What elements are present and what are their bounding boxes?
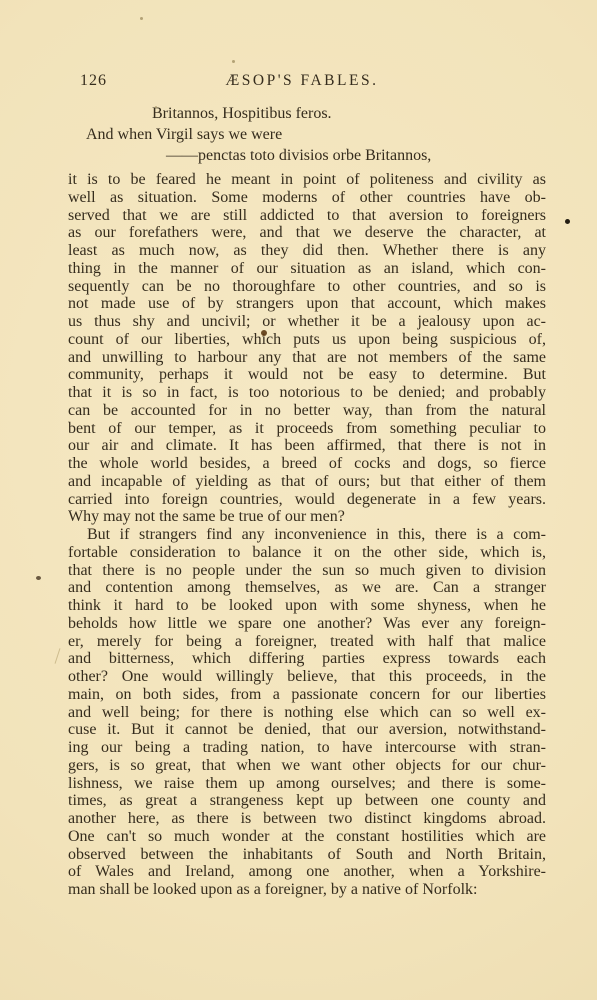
text-line: the whole world besides, a breed of cock… xyxy=(68,455,546,473)
text-line: community, perhaps it would not be easy … xyxy=(68,366,546,384)
text-line: can be accounted for in no better way, t… xyxy=(68,402,546,420)
text-line: it is to be feared he meant in point of … xyxy=(68,171,546,189)
text-line: sequently can be no thoroughfare to othe… xyxy=(68,278,546,296)
body-paragraph: it is to be feared he meant in point of … xyxy=(68,171,546,526)
text-line: gers, is so great, that when we want oth… xyxy=(68,757,546,775)
text-line: observed between the inhabitants of Sout… xyxy=(68,846,546,864)
text-line: bent of our temper, as it proceeds from … xyxy=(68,420,546,438)
text-line: and incapable of yielding as that of our… xyxy=(68,473,546,491)
text-line: another here, as there is between two di… xyxy=(68,810,546,828)
text-line: Why may not the same be true of our men? xyxy=(68,508,546,526)
page-content: 126 ÆSOP'S FABLES. Britannos, Hospitibus… xyxy=(68,0,546,899)
text-line: lishness, we raise them up among ourselv… xyxy=(68,775,546,793)
quote-line: And when Virgil says we were xyxy=(68,124,546,145)
text-line: as our forefathers were, and that we des… xyxy=(68,224,546,242)
quote-line: Britannos, Hospitibus feros. xyxy=(68,103,546,124)
text-line: count of our liberties, which puts us up… xyxy=(68,331,546,349)
verse-quote: Britannos, Hospitibus feros. And when Vi… xyxy=(68,103,546,166)
text-line: other? One would willingly believe, that… xyxy=(68,668,546,686)
paper-scratch xyxy=(55,648,61,664)
text-line: and well being; for there is nothing els… xyxy=(68,704,546,722)
running-header: 126 ÆSOP'S FABLES. xyxy=(68,72,546,91)
text-line: least as much now, as they did then. Whe… xyxy=(68,242,546,260)
text-line: ing our being a trading nation, to have … xyxy=(68,739,546,757)
text-line: us thus shy and uncivil; or whether it b… xyxy=(68,313,546,331)
text-line: of Wales and Ireland, among one another,… xyxy=(68,863,546,881)
ink-speck xyxy=(565,219,570,224)
text-line: well as situation. Some moderns of other… xyxy=(68,189,546,207)
text-line: not made use of by strangers upon that a… xyxy=(68,295,546,313)
ink-speck xyxy=(36,576,41,580)
scanned-book-page: 126 ÆSOP'S FABLES. Britannos, Hospitibus… xyxy=(0,0,597,1000)
text-line: thing in the manner of our situation as … xyxy=(68,260,546,278)
text-line: served that we are still addicted to tha… xyxy=(68,207,546,225)
text-line: and bitterness, which differing parties … xyxy=(68,650,546,668)
text-line: and unwilling to harbour any that are no… xyxy=(68,349,546,367)
text-line: man shall be looked upon as a foreigner,… xyxy=(68,881,546,899)
text-line: that there is no people under the sun so… xyxy=(68,562,546,580)
text-line: main, on both sides, from a passionate c… xyxy=(68,686,546,704)
page-number: 126 xyxy=(80,72,107,90)
text-line: and contention among themselves, as we a… xyxy=(68,579,546,597)
text-line: times, as great a strangeness kept up be… xyxy=(68,792,546,810)
text-line: our air and climate. It has been affirme… xyxy=(68,437,546,455)
text-line: fortable consideration to balance it on … xyxy=(68,544,546,562)
text-line: think it hard to be looked upon with som… xyxy=(68,597,546,615)
text-line: But if strangers find any inconvenience … xyxy=(68,526,546,544)
text-line: cuse it. But it cannot be denied, that o… xyxy=(68,721,546,739)
quote-line: ——penctas toto divisios orbe Britannos, xyxy=(68,145,546,166)
text-line: carried into foreign countries, would de… xyxy=(68,491,546,509)
body-paragraph: But if strangers find any inconvenience … xyxy=(68,526,546,899)
running-title: ÆSOP'S FABLES. xyxy=(68,72,546,90)
text-line: One can't so much wonder at the constant… xyxy=(68,828,546,846)
text-line: that it is so in fact, is too notorious … xyxy=(68,384,546,402)
text-line: er, merely for being a foreigner, treate… xyxy=(68,633,546,651)
text-line: beholds how little we spare one another?… xyxy=(68,615,546,633)
